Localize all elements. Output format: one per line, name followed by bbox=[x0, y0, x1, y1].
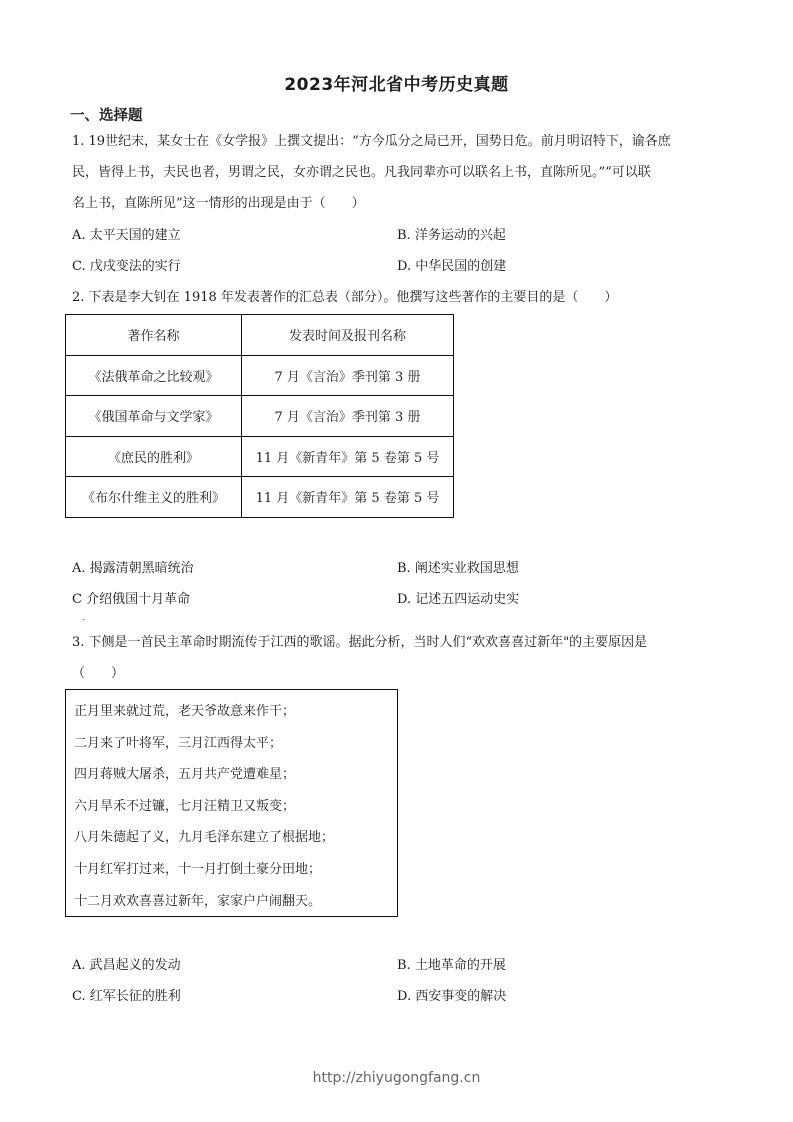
question-2-option-d[interactable]: D. 记述五四运动史实 bbox=[397, 592, 519, 608]
question-1-stem: 1. 19世纪末，某女士在《女学报》上撰文提出：“方今瓜分之局已开，国势日危。前… bbox=[72, 126, 726, 219]
question-1-option-b[interactable]: B. 洋务运动的兴起 bbox=[397, 228, 506, 244]
question-3-line-2: （ ） bbox=[72, 658, 726, 689]
question-2-option-a[interactable]: A. 揭露清朝黑暗统治 bbox=[72, 561, 194, 577]
table-cell: 7 月《言治》季刊第 3 册 bbox=[242, 396, 454, 437]
question-1-line-2: 民，皆得上书，夫民也者，男谓之民，女亦谓之民也。凡我同辈亦可以联名上书，直陈所见… bbox=[72, 157, 726, 188]
table-cell: 7 月《言治》季刊第 3 册 bbox=[242, 355, 454, 396]
poem-line: 八月朱德起了义，九月毛泽东建立了根据地； bbox=[74, 822, 397, 854]
table-row: 《布尔什维主义的胜利》 11 月《新青年》第 5 卷第 5 号 bbox=[66, 477, 454, 518]
folk-song-box: 正月里来就过荒，老天爷故意来作干； 二月来了叶将军，三月江西得太平； 四月蒋贼大… bbox=[65, 689, 398, 917]
question-2-stem: 2. 下表是李大钊在 1918 年发表著作的汇总表（部分）。他撰写这些著作的主要… bbox=[72, 282, 726, 313]
question-1-option-c[interactable]: C. 戊戌变法的实行 bbox=[72, 259, 181, 275]
question-3-option-d[interactable]: D. 西安事变的解决 bbox=[397, 989, 506, 1005]
question-1-line-1: 1. 19世纪末，某女士在《女学报》上撰文提出：“方今瓜分之局已开，国势日危。前… bbox=[72, 126, 726, 157]
poem-line: 二月来了叶将军，三月江西得太平； bbox=[74, 728, 397, 760]
table-row: 《法俄革命之比较观》 7 月《言治》季刊第 3 册 bbox=[66, 355, 454, 396]
poem-line: 六月旱禾不过镰，七月汪精卫又叛变； bbox=[74, 791, 397, 823]
question-1-line-3: 名上书，直陈所见”这一情形的出现是由于（ ） bbox=[72, 188, 726, 219]
question-3-stem: 3. 下侧是一首民主革命时期流传于江西的歌谣。据此分析，当时人们“欢欢喜喜过新年… bbox=[72, 627, 726, 689]
table-cell: 11 月《新青年》第 5 卷第 5 号 bbox=[242, 477, 454, 518]
footer-url[interactable]: http://zhiyugongfang.cn bbox=[0, 1070, 793, 1086]
poem-line: 正月里来就过荒，老天爷故意来作干； bbox=[74, 696, 397, 728]
question-3-option-c[interactable]: C. 红军长征的胜利 bbox=[72, 989, 181, 1005]
poem-line: 四月蒋贼大屠杀，五月共产党遭难星； bbox=[74, 759, 397, 791]
table-cell: 《俄国革命与文学家》 bbox=[66, 396, 242, 437]
section-heading: 一、选择题 bbox=[70, 104, 143, 125]
question-1-option-d[interactable]: D. 中华民国的创建 bbox=[397, 259, 506, 275]
table-header-row: 著作名称 发表时间及报刊名称 bbox=[66, 315, 454, 356]
works-table: 著作名称 发表时间及报刊名称 《法俄革命之比较观》 7 月《言治》季刊第 3 册… bbox=[65, 314, 454, 518]
table-header-cell: 著作名称 bbox=[66, 315, 242, 356]
table-cell: 11 月《新青年》第 5 卷第 5 号 bbox=[242, 436, 454, 477]
table-header-cell: 发表时间及报刊名称 bbox=[242, 315, 454, 356]
table-cell: 《庶民的胜利》 bbox=[66, 436, 242, 477]
table-row: 《庶民的胜利》 11 月《新青年》第 5 卷第 5 号 bbox=[66, 436, 454, 477]
table-cell: 《法俄革命之比较观》 bbox=[66, 355, 242, 396]
poem-line: 十月红军打过来，十一月打倒土豪分田地； bbox=[74, 854, 397, 886]
table-cell: 《布尔什维主义的胜利》 bbox=[66, 477, 242, 518]
question-3-option-b[interactable]: B. 土地革命的开展 bbox=[397, 958, 506, 974]
stray-mark: . bbox=[82, 613, 85, 622]
poem-line: 十二月欢欢喜喜过新年，家家户户闹翻天。 bbox=[74, 886, 397, 918]
table-row: 《俄国革命与文学家》 7 月《言治》季刊第 3 册 bbox=[66, 396, 454, 437]
question-2-option-c[interactable]: C 介绍俄国十月革命 bbox=[72, 592, 190, 608]
question-1-option-a[interactable]: A. 太平天国的建立 bbox=[72, 228, 181, 244]
question-3-option-a[interactable]: A. 武昌起义的发动 bbox=[72, 958, 181, 974]
question-2-option-b[interactable]: B. 阐述实业救国思想 bbox=[397, 561, 519, 577]
question-3-line-1: 3. 下侧是一首民主革命时期流传于江西的歌谣。据此分析，当时人们“欢欢喜喜过新年… bbox=[72, 627, 726, 658]
page-title: 2023年河北省中考历史真题 bbox=[0, 70, 793, 95]
